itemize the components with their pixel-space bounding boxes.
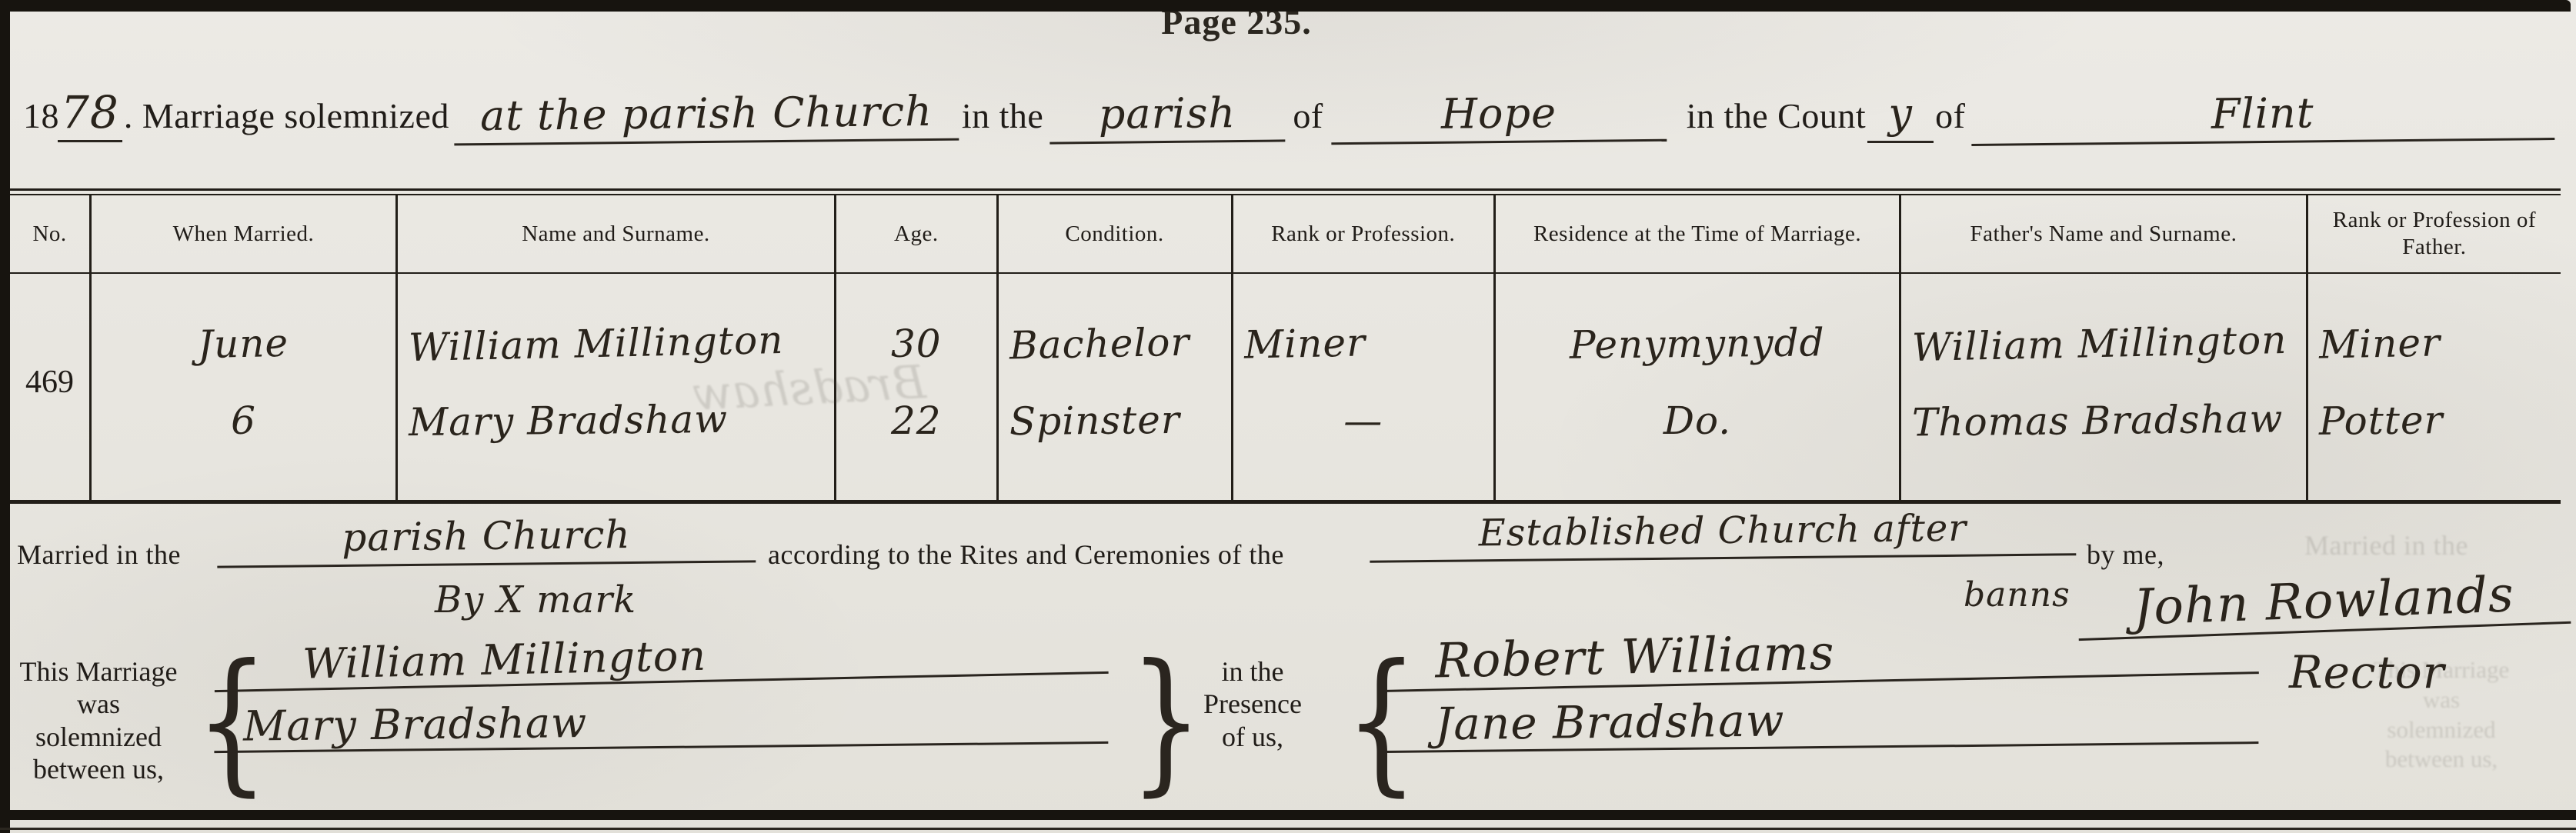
church-name-handwritten: parish Church	[217, 511, 756, 568]
col-header-father-name: Father's Name and Surname.	[1901, 195, 2308, 272]
register-title-row: 18 78 . Marriage solemnized at the paris…	[23, 86, 2554, 186]
groom-condition: Bachelor	[1009, 320, 1190, 368]
frame-top-rule	[0, 0, 2571, 12]
witness-signature-2: Jane Bradshaw	[1385, 677, 2259, 753]
according-rites-text: according to the Rites and Ceremonies of…	[768, 538, 1284, 571]
bride-condition: Spinster	[1009, 398, 1180, 444]
presence-label: in the Presence of us,	[1176, 655, 1330, 753]
cell-residences: Penymynydd Do.	[1496, 274, 1901, 500]
solemnized-label-line1: This Marriage	[9, 655, 188, 688]
marriage-solemnized-text: . Marriage solemnized	[124, 95, 449, 136]
col-header-when-married: When Married.	[92, 195, 398, 272]
frame-bottom-thin-rule	[0, 828, 2576, 830]
bleed-line: was	[2345, 685, 2538, 715]
place-of-marriage-handwritten: at the parish Church	[454, 87, 959, 146]
col-header-condition: Condition.	[999, 195, 1233, 272]
bride-name: Mary Bradshaw	[409, 397, 729, 445]
parish-name-handwritten: Hope	[1330, 88, 1667, 145]
col-header-rank-profession: Rank or Profession.	[1233, 195, 1496, 272]
table-header-row: No. When Married. Name and Surname. Age.…	[10, 194, 2561, 274]
of-text-1: of	[1293, 95, 1323, 136]
col-header-no: No.	[10, 195, 92, 272]
solemnized-label-line2: was	[9, 688, 188, 720]
col-header-residence: Residence at the Time of Marriage.	[1496, 195, 1901, 272]
cell-entry-number: 469	[10, 274, 92, 500]
col-header-father-profession: Rank or Profession of Father.	[2308, 195, 2561, 272]
marriage-register-page: Page 235. 18 78 . Marriage solemnized at…	[0, 0, 2576, 833]
bride-residence: Do.	[1663, 398, 1731, 443]
bleed-through-label: This Marriage was solemnized between us,	[2345, 655, 2538, 775]
groom-father-name: William Millington	[1912, 318, 2287, 370]
bride-father-profession: Potter	[2319, 398, 2444, 444]
bride-father-name: Thomas Bradshaw	[1912, 396, 2284, 445]
solemnized-label-line3: solemnized	[9, 721, 188, 753]
bride-profession: —	[1343, 398, 1383, 443]
bleed-through-married-in: Married in the	[2304, 529, 2468, 561]
groom-residence: Penymynydd	[1570, 320, 1825, 367]
solemnized-label: This Marriage was solemnized between us,	[9, 655, 188, 786]
county-prefix-text: in the Count	[1687, 95, 1866, 136]
in-the-parish-text: in the	[962, 95, 1043, 136]
presence-label-line1: in the	[1176, 655, 1330, 688]
cell-conditions: Bachelor Spinster	[999, 274, 1233, 500]
by-me-text: by me,	[2087, 538, 2164, 571]
cell-professions: Miner —	[1233, 274, 1496, 500]
groom-father-profession: Miner	[2318, 320, 2441, 367]
county-y-handwritten: y	[1867, 89, 1934, 143]
table-bottom-rule	[10, 500, 2561, 504]
bleed-line: between us,	[2345, 745, 2538, 775]
groom-profession: Miner	[1243, 320, 1366, 367]
table-entry-row: 469 June 6 William Millington Mary Brads…	[10, 274, 2561, 500]
bleed-line: solemnized	[2345, 715, 2538, 745]
by-mark-handwritten: By X mark	[435, 578, 636, 621]
groom-name: William Millington	[408, 318, 783, 370]
col-header-age: Age.	[836, 195, 999, 272]
presence-label-line3: of us,	[1176, 721, 1330, 753]
presence-label-line2: Presence	[1176, 688, 1330, 720]
bleed-line: This Marriage	[2345, 655, 2538, 685]
married-in-the-text: Married in the	[17, 538, 181, 571]
solemnized-label-line4: between us,	[9, 753, 188, 785]
cell-father-professions: Miner Potter	[2308, 274, 2561, 500]
rites-handwritten: Established Church after	[1370, 505, 2077, 563]
county-name-handwritten: Flint	[1971, 86, 2554, 146]
frame-bottom-rule	[0, 810, 2576, 820]
of-text-2: of	[1935, 95, 1965, 136]
groom-signature: William Millington	[213, 615, 1108, 692]
cell-when-married: June 6	[92, 274, 398, 500]
parish-word-handwritten: parish	[1049, 88, 1286, 144]
cell-father-names: William Millington Thomas Bradshaw	[1901, 274, 2308, 500]
bride-signature: Mary Bradshaw	[214, 686, 1109, 753]
entry-number: 469	[25, 364, 74, 401]
year-printed-prefix: 18	[23, 95, 59, 136]
col-header-name-surname: Name and Surname.	[398, 195, 836, 272]
marriage-month: June	[198, 321, 289, 367]
year-handwritten: 78	[58, 86, 122, 142]
marriage-day: 6	[231, 398, 256, 443]
